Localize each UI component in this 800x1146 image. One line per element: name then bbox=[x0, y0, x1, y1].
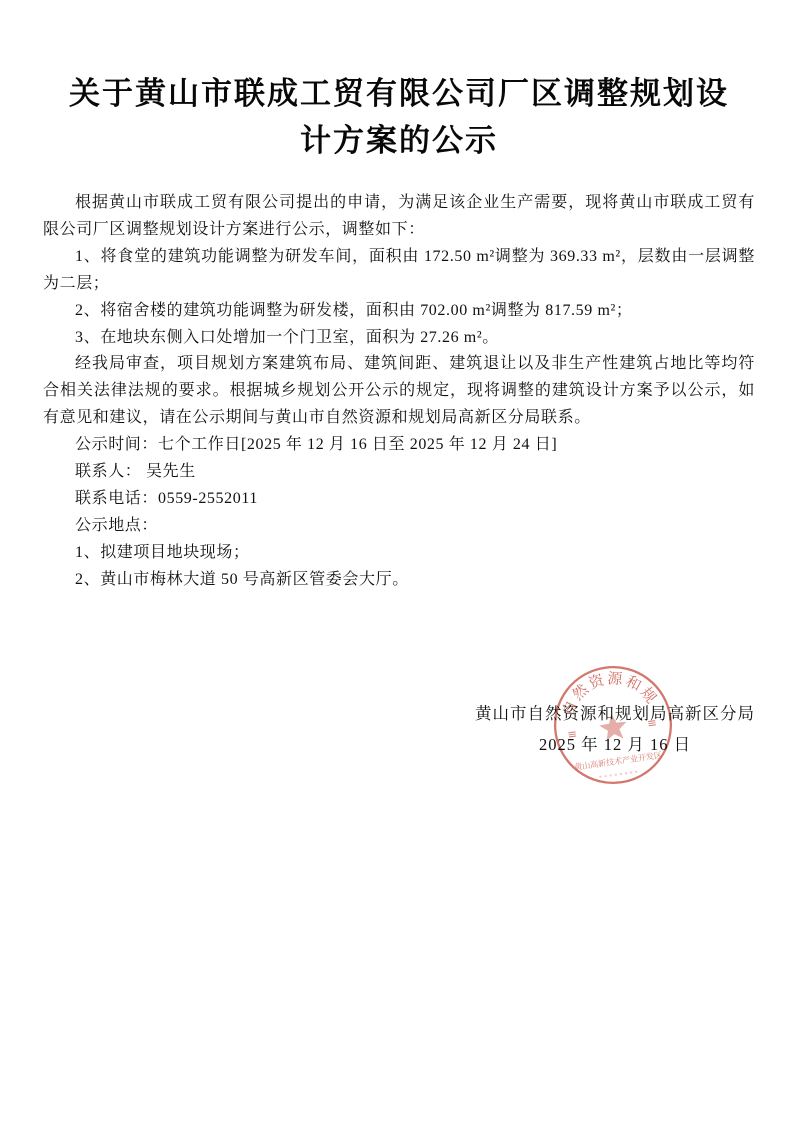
notice-time-line: 公示时间：七个工作日[2025 年 12 月 16 日至 2025 年 12 月… bbox=[43, 432, 755, 459]
location-item-1: 1、拟建项目地块现场； bbox=[43, 540, 755, 567]
adjustment-item-3: 3、在地块东侧入口处增加一个门卫室，面积为 27.26 m²。 bbox=[43, 325, 755, 352]
adjustment-item-2: 2、将宿舍楼的建筑功能调整为研发楼，面积由 702.00 m²调整为 817.5… bbox=[43, 298, 755, 325]
seal-faint-text-row bbox=[599, 771, 640, 777]
signature-block: 黄山市自然资源和规划局高新区分局 2025 年 12 月 16 日 bbox=[475, 698, 755, 760]
paragraph-intro: 根据黄山市联成工贸有限公司提出的申请，为满足该企业生产需要，现将黄山市联成工贸有… bbox=[43, 190, 755, 244]
signature-org: 黄山市自然资源和规划局高新区分局 bbox=[475, 698, 755, 729]
contact-phone-line: 联系电话：0559-2552011 bbox=[43, 486, 755, 513]
paragraph-review: 经我局审查，项目规划方案建筑布局、建筑间距、建筑退让以及非生产性建筑占地比等均符… bbox=[43, 351, 755, 432]
page-title: 关于黄山市联成工贸有限公司厂区调整规划设计方案的公示 bbox=[55, 70, 743, 164]
document-content: 关于黄山市联成工贸有限公司厂区调整规划设计方案的公示 根据黄山市联成工贸有限公司… bbox=[0, 0, 800, 594]
location-item-2: 2、黄山市梅林大道 50 号高新区管委会大厅。 bbox=[43, 567, 755, 594]
contact-person-line: 联系人： 吴先生 bbox=[43, 459, 755, 486]
location-label-line: 公示地点： bbox=[43, 513, 755, 540]
signature-date: 2025 年 12 月 16 日 bbox=[475, 729, 755, 760]
adjustment-item-1: 1、将食堂的建筑功能调整为研发车间，面积由 172.50 m²调整为 369.3… bbox=[43, 244, 755, 298]
document-page: 关于黄山市联成工贸有限公司厂区调整规划设计方案的公示 根据黄山市联成工贸有限公司… bbox=[0, 0, 800, 1146]
